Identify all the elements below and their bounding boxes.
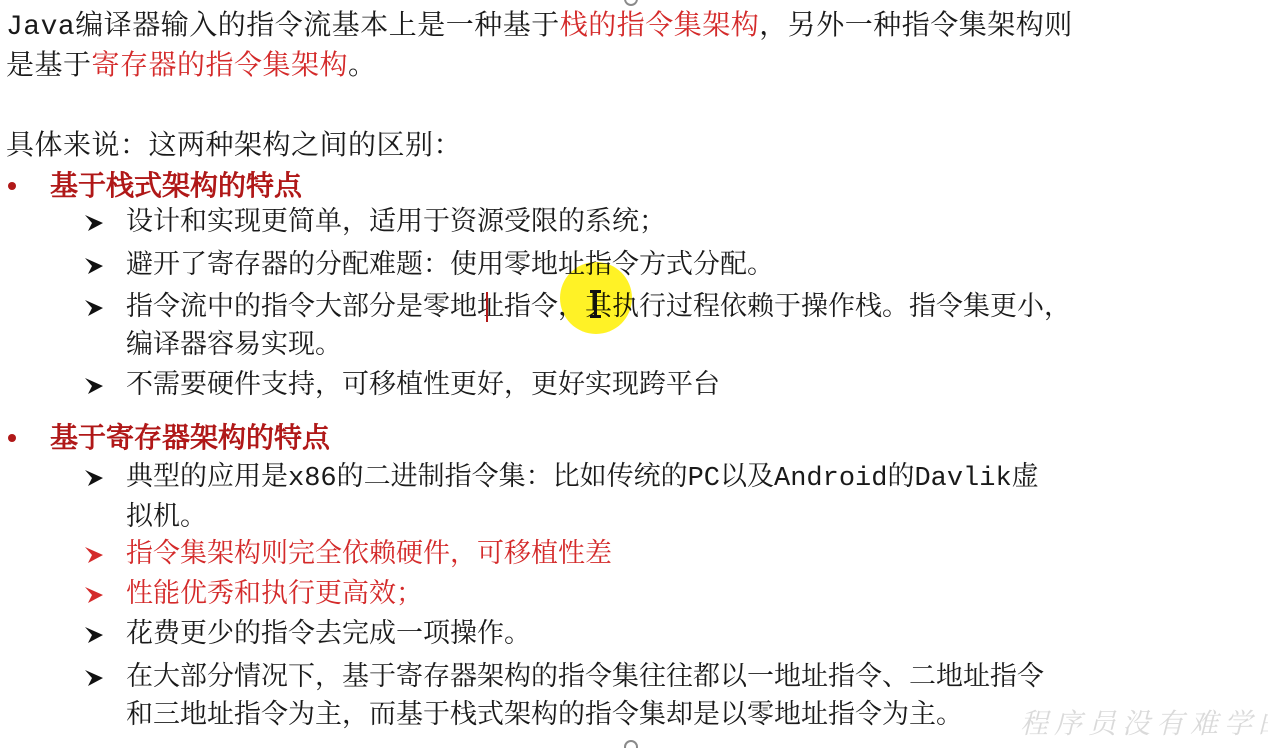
- section-title-register: 基于寄存器架构的特点: [50, 418, 330, 458]
- section-bullet: [6, 418, 16, 458]
- section-title-stack: 基于栈式架构的特点: [50, 166, 302, 206]
- arrow-bullet-icon: [84, 658, 108, 698]
- arrow-bullet-icon: [84, 246, 108, 286]
- list-item: 花费更少的指令去完成一项操作。: [84, 615, 531, 655]
- text-pc: PC: [688, 464, 720, 494]
- watermark: 程序员没有难学的: [1020, 702, 1268, 742]
- list-item: 设计和实现更简单，适用于资源受限的系统；: [84, 203, 666, 243]
- text-fragment: 以及: [720, 461, 774, 492]
- item-text: 花费更少的指令去完成一项操作。: [126, 615, 531, 653]
- item-text: 指令集架构则完全依赖硬件，可移植性差: [126, 535, 612, 573]
- item-text-line-2: 和三地址指令为主，而基于栈式架构的指令集却是以零地址指令为主。: [126, 696, 1044, 734]
- intro-line2-suffix: 。: [348, 48, 377, 81]
- text-x86: x86: [288, 464, 337, 494]
- subheading: 具体来说：这两种架构之间的区别：: [6, 126, 462, 164]
- arrow-bullet-icon: [84, 575, 108, 615]
- text-fragment: 的二进制指令集：比如传统的: [337, 461, 688, 492]
- item-text-line-1: 典型的应用是x86的二进制指令集：比如传统的PC以及Android的Davlik…: [126, 458, 1039, 498]
- arrow-bullet-icon: [84, 458, 108, 498]
- item-text: 性能优秀和执行更高效；: [126, 575, 423, 613]
- arrow-bullet-icon: [84, 535, 108, 575]
- bullet-dot-icon: [8, 182, 16, 190]
- item-text-line-1: 在大部分情况下，基于寄存器架构的指令集往往都以一地址指令、二地址指令: [126, 658, 1044, 696]
- text-android: Android: [774, 464, 887, 494]
- text-fragment: 的: [887, 461, 914, 492]
- item-text: 设计和实现更简单，适用于资源受限的系统；: [126, 203, 666, 241]
- arrow-bullet-icon: [84, 366, 108, 406]
- section-bullet: [6, 166, 16, 206]
- slide-canvas: Java编译器输入的指令流基本上是一种基于栈的指令集架构，另外一种指令集架构则 …: [0, 0, 1268, 748]
- list-item: 避开了寄存器的分配难题：使用零地址指令方式分配。: [84, 246, 774, 286]
- intro-line2-prefix: 是基于: [6, 48, 92, 81]
- arrow-bullet-icon: [84, 203, 108, 243]
- intro-line-2: 是基于寄存器的指令集架构。: [6, 46, 377, 84]
- arrow-bullet-icon: [84, 615, 108, 655]
- list-item: 不需要硬件支持，可移植性更好，更好实现跨平台: [84, 366, 720, 406]
- list-item: 在大部分情况下，基于寄存器架构的指令集往往都以一地址指令、二地址指令 和三地址指…: [84, 658, 1044, 734]
- i-beam-cursor-icon: [594, 290, 597, 318]
- item-text: 在大部分情况下，基于寄存器架构的指令集往往都以一地址指令、二地址指令 和三地址指…: [126, 658, 1044, 734]
- text-insertion-caret: [486, 292, 488, 322]
- list-item: 典型的应用是x86的二进制指令集：比如传统的PC以及Android的Davlik…: [84, 458, 1039, 536]
- item-text: 避开了寄存器的分配难题：使用零地址指令方式分配。: [126, 246, 774, 284]
- intro-stack-isa: 栈的指令集架构: [560, 8, 760, 41]
- resize-handle-bottom[interactable]: [624, 740, 638, 748]
- intro-register-isa: 寄存器的指令集架构: [92, 48, 349, 81]
- list-item-highlighted: 性能优秀和执行更高效；: [84, 575, 423, 615]
- text-fragment: 虚: [1012, 461, 1039, 492]
- item-text: 不需要硬件支持，可移植性更好，更好实现跨平台: [126, 366, 720, 404]
- arrow-bullet-icon: [84, 288, 108, 328]
- item-text-line-2: 拟机。: [126, 498, 1039, 536]
- intro-java-text: Java: [6, 12, 75, 43]
- text-fragment: 典型的应用是: [126, 461, 288, 492]
- intro-text: 编译器输入的指令流基本上是一种基于: [75, 8, 560, 41]
- text-davlik: Davlik: [914, 464, 1011, 494]
- list-item-highlighted: 指令集架构则完全依赖硬件，可移植性差: [84, 535, 612, 575]
- intro-text-suffix: ，另外一种指令集架构则: [759, 8, 1073, 41]
- item-text: 典型的应用是x86的二进制指令集：比如传统的PC以及Android的Davlik…: [126, 458, 1039, 536]
- bullet-dot-icon: [8, 434, 16, 442]
- intro-line-1: Java编译器输入的指令流基本上是一种基于栈的指令集架构，另外一种指令集架构则: [6, 6, 1073, 47]
